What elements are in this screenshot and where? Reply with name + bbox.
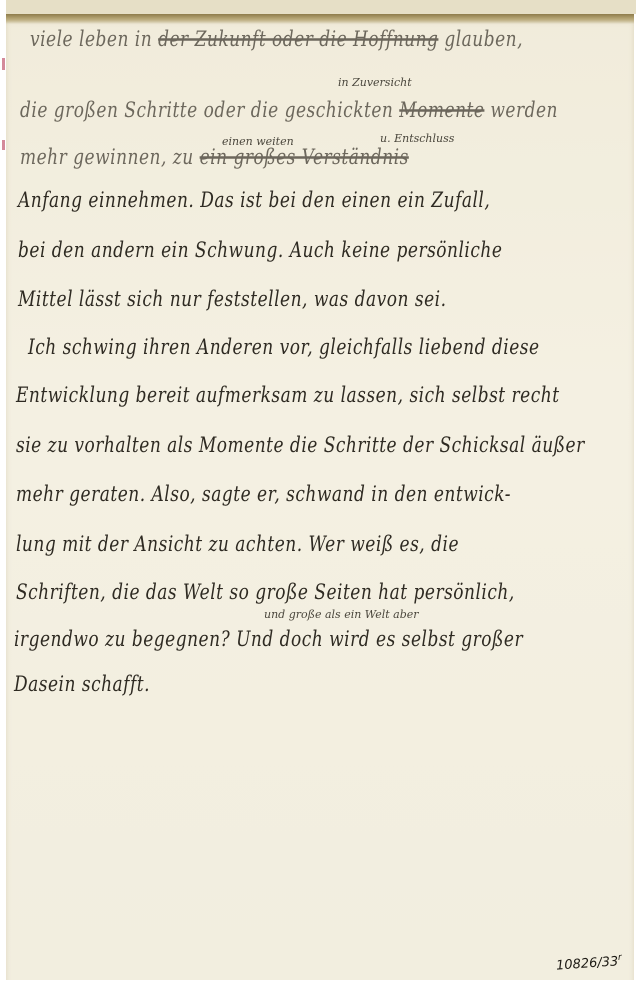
manuscript-line-14: Dasein schafft.: [14, 672, 637, 697]
line-text: bei den andern ein Schwung. Auch keine p…: [18, 238, 502, 263]
interlinear-insertion: und große als ein Welt aber: [264, 608, 419, 621]
line-text: lung mit der Ansicht zu achten. Wer weiß…: [16, 532, 459, 557]
struck-text: der Zukunft oder die Hoffnung: [158, 27, 438, 52]
line-text: Anfang einnehmen. Das ist bei den einen …: [18, 188, 490, 213]
manuscript-line-3: mehr gewinnen, zu ein großes Verständnis: [20, 145, 637, 170]
line-text: glauben,: [438, 27, 523, 52]
interlinear-insertion: u. Entschluss: [380, 132, 454, 145]
line-text: mehr gewinnen, zu: [20, 145, 200, 170]
line-text: die großen Schritte oder die geschickten: [20, 98, 399, 123]
manuscript-line-2: die großen Schritte oder die geschickten…: [20, 98, 637, 123]
manuscript-line-1: viele leben in der Zukunft oder die Hoff…: [30, 27, 637, 52]
manuscript-line-5: bei den andern ein Schwung. Auch keine p…: [18, 238, 637, 263]
manuscript-line-9: sie zu vorhalten als Momente die Schritt…: [16, 433, 637, 458]
line-text: sie zu vorhalten als Momente die Schritt…: [16, 433, 585, 458]
line-text: Mittel lässt sich nur feststellen, was d…: [18, 287, 447, 312]
line-text: Entwicklung bereit aufmerksam zu lassen,…: [16, 383, 560, 408]
line-text: Dasein schafft.: [14, 672, 150, 697]
manuscript-line-7: Ich schwing ihren Anderen vor, gleichfal…: [28, 335, 637, 360]
red-edge-mark: [2, 58, 5, 70]
struck-text: Momente: [399, 98, 484, 123]
notebook-top-flap: [6, 0, 636, 14]
line-text: irgendwo zu begegnen? Und doch wird es s…: [14, 627, 523, 652]
manuscript-line-4: Anfang einnehmen. Das ist bei den einen …: [18, 188, 637, 213]
line-text: Ich schwing ihren Anderen vor, gleichfal…: [28, 335, 540, 360]
manuscript-line-8: Entwicklung bereit aufmerksam zu lassen,…: [16, 383, 637, 408]
manuscript-line-13: irgendwo zu begegnen? Und doch wird es s…: [14, 627, 637, 652]
manuscript-line-11: lung mit der Ansicht zu achten. Wer weiß…: [16, 532, 637, 557]
line-text: mehr geraten. Also, sagte er, schwand in…: [16, 482, 511, 507]
struck-text: ein großes Verständnis: [200, 145, 409, 170]
line-text: viele leben in: [30, 27, 158, 52]
line-text: Schriften, die das Welt so große Seiten …: [16, 580, 515, 605]
interlinear-insertion: in Zuversicht: [338, 76, 412, 89]
manuscript-line-10: mehr geraten. Also, sagte er, schwand in…: [16, 482, 637, 507]
shelfmark-suffix: r: [618, 953, 622, 963]
line-text: werden: [484, 98, 558, 123]
manuscript-line-6: Mittel lässt sich nur feststellen, was d…: [18, 287, 637, 312]
red-edge-mark: [2, 140, 5, 150]
manuscript-line-12: Schriften, die das Welt so große Seiten …: [16, 580, 637, 605]
fold-shadow: [6, 14, 634, 24]
